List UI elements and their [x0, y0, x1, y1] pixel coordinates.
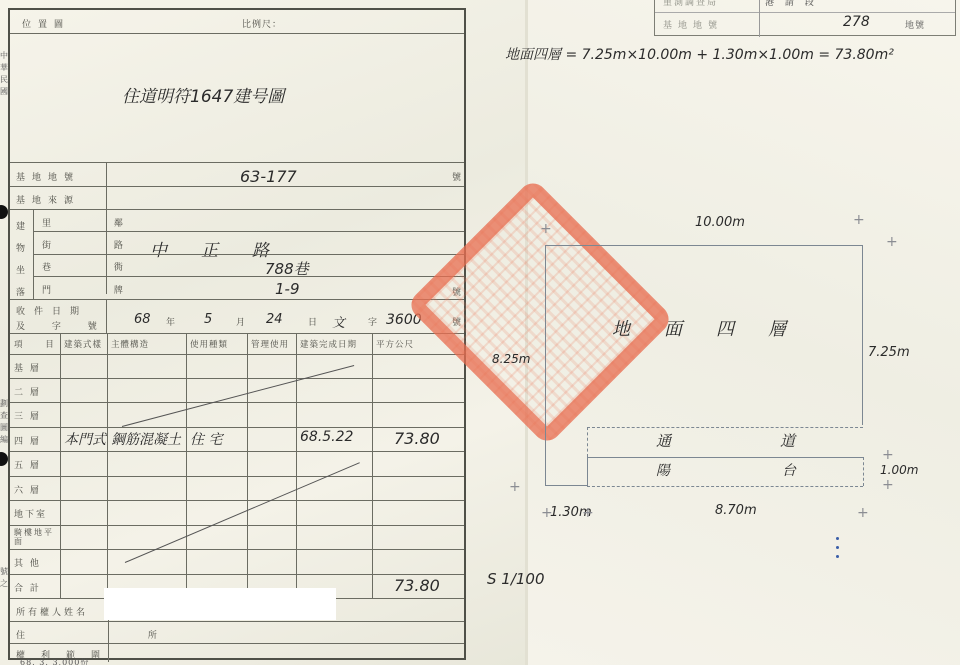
lot-suffix-2: 地號 [905, 18, 925, 31]
column-divider [60, 333, 61, 598]
floor-cell-structure: 鋼筋混凝土 [111, 429, 181, 449]
floor-row-label: 二 層 [14, 385, 41, 398]
address-row-label: 巷 衖 [42, 260, 153, 273]
floor-cell-area: 73.80 [394, 429, 440, 448]
table-header: 主體構造 [111, 338, 149, 350]
divider [10, 33, 464, 34]
ink-dot [836, 555, 839, 558]
column-divider [186, 333, 187, 598]
plan-dash-line [587, 427, 588, 457]
divider [655, 12, 955, 13]
registration-mark: + [857, 506, 869, 520]
divider [10, 643, 464, 644]
registration-mark: + [882, 478, 894, 492]
table-header: 建築式樣 [64, 338, 102, 350]
table-header: 項 目 [14, 338, 64, 350]
column-divider [372, 333, 373, 598]
divider [10, 525, 464, 526]
divider [106, 299, 107, 333]
registration-mark: + [882, 448, 894, 462]
floor-row-label: 四 層 [14, 434, 41, 447]
column-divider [296, 333, 297, 598]
plan-dash-line [587, 486, 863, 487]
registration-mark: + [509, 480, 521, 494]
divider [10, 209, 464, 210]
address-row-label: 街 路 [42, 238, 153, 251]
floor-row-label: 地下室 [14, 507, 47, 520]
plan-scale: S 1/100 [487, 570, 545, 588]
plan-line [587, 457, 863, 458]
column-divider [247, 333, 248, 598]
registration-mark: + [853, 213, 865, 227]
house-number-value: 1-9 [275, 280, 300, 298]
floor-row-label: 合 計 [14, 581, 41, 594]
divider [10, 333, 464, 334]
registration-mark: + [541, 506, 553, 520]
word-unit: 字 [368, 315, 378, 328]
lot-source-label: 基地來源 [16, 193, 80, 206]
divider [10, 476, 464, 477]
registration-mark: + [540, 222, 552, 236]
dim-left: 8.25m [492, 352, 530, 366]
divider [33, 231, 464, 232]
owner-name-label: 所有權人姓名 [16, 605, 88, 618]
receipt-year: 68 [134, 312, 151, 327]
divider [10, 451, 464, 452]
plan-title: 地 面 四 層 [612, 315, 794, 341]
table-header: 使用種類 [190, 338, 228, 350]
receipt-month: 5 [204, 312, 212, 327]
divider [10, 621, 464, 622]
divider [33, 276, 464, 277]
location-map-label: 位置圖 [22, 17, 70, 30]
receipt-label-2: 及 字 號 [16, 319, 109, 332]
floor-row-label: 騎樓地平面 [14, 528, 58, 546]
void-stroke [122, 365, 354, 427]
divider [10, 574, 464, 575]
plan-dash-line [863, 457, 864, 486]
registration-mark: + [886, 235, 898, 249]
lot-label-2: 基地地號 [663, 18, 723, 31]
corridor-label: 通 [656, 430, 671, 451]
bureau-value: 港 請 段 [765, 0, 818, 8]
street-value: 中 正 路 [150, 236, 269, 261]
receipt-day: 24 [266, 312, 283, 327]
lot-number-suffix: 號 [452, 170, 462, 183]
corridor-label: 陽 [656, 460, 670, 480]
floor-row-label: 五 層 [14, 458, 41, 471]
divider [10, 500, 464, 501]
corridor-label: 台 [782, 460, 796, 480]
floor-cell-area: 73.80 [394, 576, 440, 595]
ink-dot [836, 537, 839, 540]
bureau-label: 重測調查局 [663, 0, 718, 8]
owner-address-label: 住 所 [16, 628, 217, 641]
plan-outline-left [545, 425, 587, 486]
divider [10, 162, 464, 163]
floor-row-label: 六 層 [14, 483, 41, 496]
receipt-word: 文 [332, 312, 345, 331]
ink-dot [836, 546, 839, 549]
plan-line [587, 457, 588, 486]
divider [10, 186, 464, 187]
void-stroke [125, 462, 360, 563]
dim-right-small: 1.00m [880, 463, 918, 477]
corridor-label: 道 [780, 430, 795, 451]
divider [10, 427, 464, 428]
floor-cell-use: 住 宅 [190, 429, 222, 449]
divider [10, 299, 464, 300]
divider [33, 254, 464, 255]
receipt-label-1: 收件日期 [16, 304, 88, 317]
footer-print: 68. 3. 3,000份 [20, 657, 89, 665]
divider [759, 0, 760, 37]
dim-right: 7.25m [868, 345, 910, 360]
location-map-note: 住道明符1647建号圖 [122, 82, 284, 107]
dim-bottom-right: 8.70m [715, 503, 757, 518]
area-formula: 地面四層 = 7.25m×10.00m + 1.30m×1.00m = 73.8… [505, 44, 894, 64]
address-row-label: 里 鄰 [42, 216, 153, 229]
floor-row-label: 基 層 [14, 361, 41, 374]
plan-dash-line [587, 427, 863, 428]
floor-cell-date: 68.5.22 [300, 429, 353, 445]
year-unit: 年 [166, 315, 176, 328]
address-row-label: 門 牌 [42, 283, 153, 296]
floor-cell-style: 本門式 [64, 429, 106, 449]
table-header: 管理使用 [251, 338, 289, 350]
divider [10, 402, 464, 403]
day-unit: 日 [308, 315, 318, 328]
divider [10, 354, 464, 355]
floor-row-label: 三 層 [14, 409, 41, 422]
floor-row-label: 其 他 [14, 556, 41, 569]
month-unit: 月 [236, 315, 246, 328]
table-header: 平方公尺 [376, 338, 414, 350]
redacted-owner-name [104, 588, 336, 620]
divider [10, 378, 464, 379]
table-header: 建築完成日期 [300, 338, 357, 350]
address-group-label: 建物坐落 [16, 216, 28, 304]
registry-form: 位置圖 比例尺： 住道明符1647建号圖 基地地號 63-177 號 基地來源 … [8, 8, 466, 660]
top-right-table: 重測調查局 港 請 段 基地地號 278 地號 [654, 0, 956, 36]
lot-value-2: 278 [843, 14, 870, 30]
lot-number-label: 基地地號 [16, 170, 80, 183]
scale-label: 比例尺： [242, 17, 282, 30]
column-divider [107, 333, 108, 598]
divider [10, 549, 464, 550]
registration-mark: + [582, 506, 594, 520]
dim-top: 10.00m [695, 215, 745, 230]
lot-number-value: 63-177 [240, 167, 297, 186]
